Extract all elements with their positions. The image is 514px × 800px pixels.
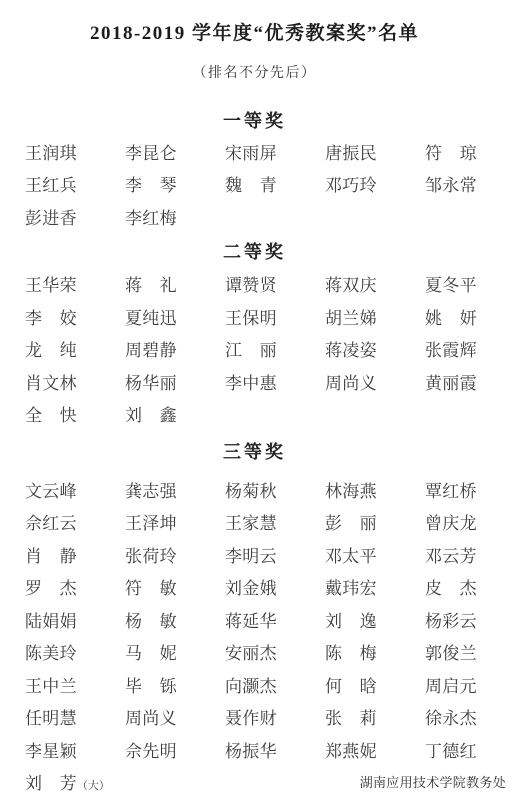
awardee-name: 任明慧 [25, 704, 125, 729]
awardee-name: 王红兵 [25, 171, 125, 196]
awardee-name: 张霞辉 [425, 336, 514, 361]
awardee-name: 王家慧 [225, 509, 325, 534]
awardee-name: 李 琴 [125, 171, 225, 196]
name-row: 龙 纯周碧静江 丽蒋凌姿张霞辉 [25, 333, 514, 366]
awardee-name: 王中兰 [25, 672, 125, 697]
awardee-name: 邓太平 [325, 542, 425, 567]
awardee-name: 李红梅 [125, 204, 225, 229]
awardee-name: 龙 纯 [25, 336, 125, 361]
awardee-name: 郭俊兰 [425, 639, 514, 664]
name-row: 彭进香李红梅 [25, 200, 514, 233]
awardee-name: 佘红云 [25, 509, 125, 534]
awardee-name: 杨彩云 [425, 607, 514, 632]
awardee-name: 蒋凌姿 [325, 336, 425, 361]
awardee-name: 丁德红 [425, 737, 514, 762]
awardee-name: 王润琪 [25, 139, 125, 164]
name-row: 陆娟娟杨 敏蒋延华刘 逸杨彩云 [25, 603, 514, 636]
name-rows: 王润琪李昆仑宋雨屏唐振民符 琼王红兵李 琴魏 青邓巧玲邹永常彭进香李红梅 [25, 135, 514, 233]
awardee-name: 肖文林 [25, 369, 125, 394]
name-row: 李 姣夏纯迅王保明胡兰娣姚 妍 [25, 300, 514, 333]
awardee-name: 彭 丽 [325, 509, 425, 534]
awardee-name: 周尚义 [125, 704, 225, 729]
awardee-name: 林海燕 [325, 477, 425, 502]
awardee-name: 杨菊秋 [225, 477, 325, 502]
awardee-name: 彭进香 [25, 204, 125, 229]
awardee-name: 唐振民 [325, 139, 425, 164]
section-heading: 一等奖 [25, 110, 484, 132]
awardee-name: 李中惠 [225, 369, 325, 394]
awardee-name: 李明云 [225, 542, 325, 567]
awardee-name: 王华荣 [25, 271, 125, 296]
awardee-name: 曾庆龙 [425, 509, 514, 534]
awardee-name: 邓巧玲 [325, 171, 425, 196]
awardee-name: 马 妮 [125, 639, 225, 664]
awardee-name: 安丽杰 [225, 639, 325, 664]
name-row: 肖文林杨华丽李中惠周尚义黄丽霞 [25, 365, 514, 398]
awardee-name: 蒋双庆 [325, 271, 425, 296]
awardee-name: 郑燕妮 [325, 737, 425, 762]
awardee-name: 王保明 [225, 304, 325, 329]
name-row: 罗 杰符 敏刘金娥戴玮宏皮 杰 [25, 571, 514, 604]
awardee-name: 魏 青 [225, 171, 325, 196]
awardee-name: 周碧静 [125, 336, 225, 361]
issuer-signature: 湖南应用技术学院教务处 [360, 772, 506, 791]
name-row: 任明慧周尚义聂作财张 莉徐永杰 [25, 701, 514, 734]
name-row: 全 快刘 鑫 [25, 398, 514, 431]
awardee-name: 徐永杰 [425, 704, 514, 729]
name-row: 陈美玲马 妮安丽杰陈 梅郭俊兰 [25, 636, 514, 669]
awardee-name: 向灏杰 [225, 672, 325, 697]
awardee-name: 杨华丽 [125, 369, 225, 394]
awardee-name: 刘 逸 [325, 607, 425, 632]
awardee-name: 江 丽 [225, 336, 325, 361]
name-row: 肖 静张荷玲李明云邓太平邓云芳 [25, 538, 514, 571]
awardee-name: 邓云芳 [425, 542, 514, 567]
awardee-name: 陈美玲 [25, 639, 125, 664]
document-title: 2018-2019 学年度“优秀教案奖”名单 [25, 22, 484, 46]
awardee-name: 符 琼 [425, 139, 514, 164]
name-row: 王华荣蒋 礼谭赞贤蒋双庆夏冬平 [25, 268, 514, 301]
awardee-name: 周启元 [425, 672, 514, 697]
awardee-name: 谭赞贤 [225, 271, 325, 296]
awardee-name: 王泽坤 [125, 509, 225, 534]
awardee-name: 全 快 [25, 401, 125, 426]
awardee-name: 黄丽霞 [425, 369, 514, 394]
document-subtitle: （排名不分先后） [25, 64, 484, 83]
awardee-name: 周尚义 [325, 369, 425, 394]
awardee-name: 张 莉 [325, 704, 425, 729]
awardee-name: 龚志强 [125, 477, 225, 502]
awardee-name: 夏纯迅 [125, 304, 225, 329]
name-row: 王润琪李昆仑宋雨屏唐振民符 琼 [25, 135, 514, 168]
name-row: 王红兵李 琴魏 青邓巧玲邹永常 [25, 168, 514, 201]
awardee-name: 张荷玲 [125, 542, 225, 567]
awardee-name: 陈 梅 [325, 639, 425, 664]
awardee-name: 毕 铄 [125, 672, 225, 697]
name-rows: 王华荣蒋 礼谭赞贤蒋双庆夏冬平李 姣夏纯迅王保明胡兰娣姚 妍龙 纯周碧静江 丽蒋… [25, 268, 514, 431]
sections: 一等奖王润琪李昆仑宋雨屏唐振民符 琼王红兵李 琴魏 青邓巧玲邹永常彭进香李红梅二… [0, 110, 514, 798]
awardee-name: 何 晗 [325, 672, 425, 697]
award-section-first-prize: 一等奖王润琪李昆仑宋雨屏唐振民符 琼王红兵李 琴魏 青邓巧玲邹永常彭进香李红梅 [0, 110, 514, 233]
award-document: 2018-2019 学年度“优秀教案奖”名单 （排名不分先后） 一等奖王润琪李昆… [0, 0, 514, 800]
awardee-name: 杨 敏 [125, 607, 225, 632]
awardee-name: 姚 妍 [425, 304, 514, 329]
awardee-name: 皮 杰 [425, 574, 514, 599]
name-row: 王中兰毕 铄向灏杰何 晗周启元 [25, 668, 514, 701]
awardee-name: 夏冬平 [425, 271, 514, 296]
awardee-name: 覃红桥 [425, 477, 514, 502]
awardee-name: 戴玮宏 [325, 574, 425, 599]
name-rows: 文云峰龚志强杨菊秋林海燕覃红桥佘红云王泽坤王家慧彭 丽曾庆龙肖 静张荷玲李明云邓… [25, 473, 514, 798]
awardee-name: 肖 静 [25, 542, 125, 567]
award-section-third-prize: 三等奖文云峰龚志强杨菊秋林海燕覃红桥佘红云王泽坤王家慧彭 丽曾庆龙肖 静张荷玲李… [0, 441, 514, 798]
awardee-name: 李星颖 [25, 737, 125, 762]
awardee-name: 刘 鑫 [125, 401, 225, 426]
awardee-name: 蒋 礼 [125, 271, 225, 296]
awardee-name: 佘先明 [125, 737, 225, 762]
award-section-second-prize: 二等奖王华荣蒋 礼谭赞贤蒋双庆夏冬平李 姣夏纯迅王保明胡兰娣姚 妍龙 纯周碧静江… [0, 241, 514, 431]
awardee-name: 罗 杰 [25, 574, 125, 599]
awardee-name: 符 敏 [125, 574, 225, 599]
awardee-name: 聂作财 [225, 704, 325, 729]
awardee-name: 邹永常 [425, 171, 514, 196]
awardee-name: 胡兰娣 [325, 304, 425, 329]
awardee-name: 李昆仑 [125, 139, 225, 164]
awardee-name: 杨振华 [225, 737, 325, 762]
name-row: 佘红云王泽坤王家慧彭 丽曾庆龙 [25, 506, 514, 539]
awardee-name: 刘金娥 [225, 574, 325, 599]
awardee-name: 蒋延华 [225, 607, 325, 632]
awardee-name: 宋雨屏 [225, 139, 325, 164]
awardee-name: 刘 芳（大） [25, 769, 125, 794]
name-note: （大） [77, 780, 110, 792]
awardee-name: 文云峰 [25, 477, 125, 502]
name-row: 文云峰龚志强杨菊秋林海燕覃红桥 [25, 473, 514, 506]
awardee-name: 陆娟娟 [25, 607, 125, 632]
section-heading: 三等奖 [25, 441, 484, 463]
awardee-name: 李 姣 [25, 304, 125, 329]
section-heading: 二等奖 [25, 241, 484, 263]
name-row: 李星颖佘先明杨振华郑燕妮丁德红 [25, 733, 514, 766]
